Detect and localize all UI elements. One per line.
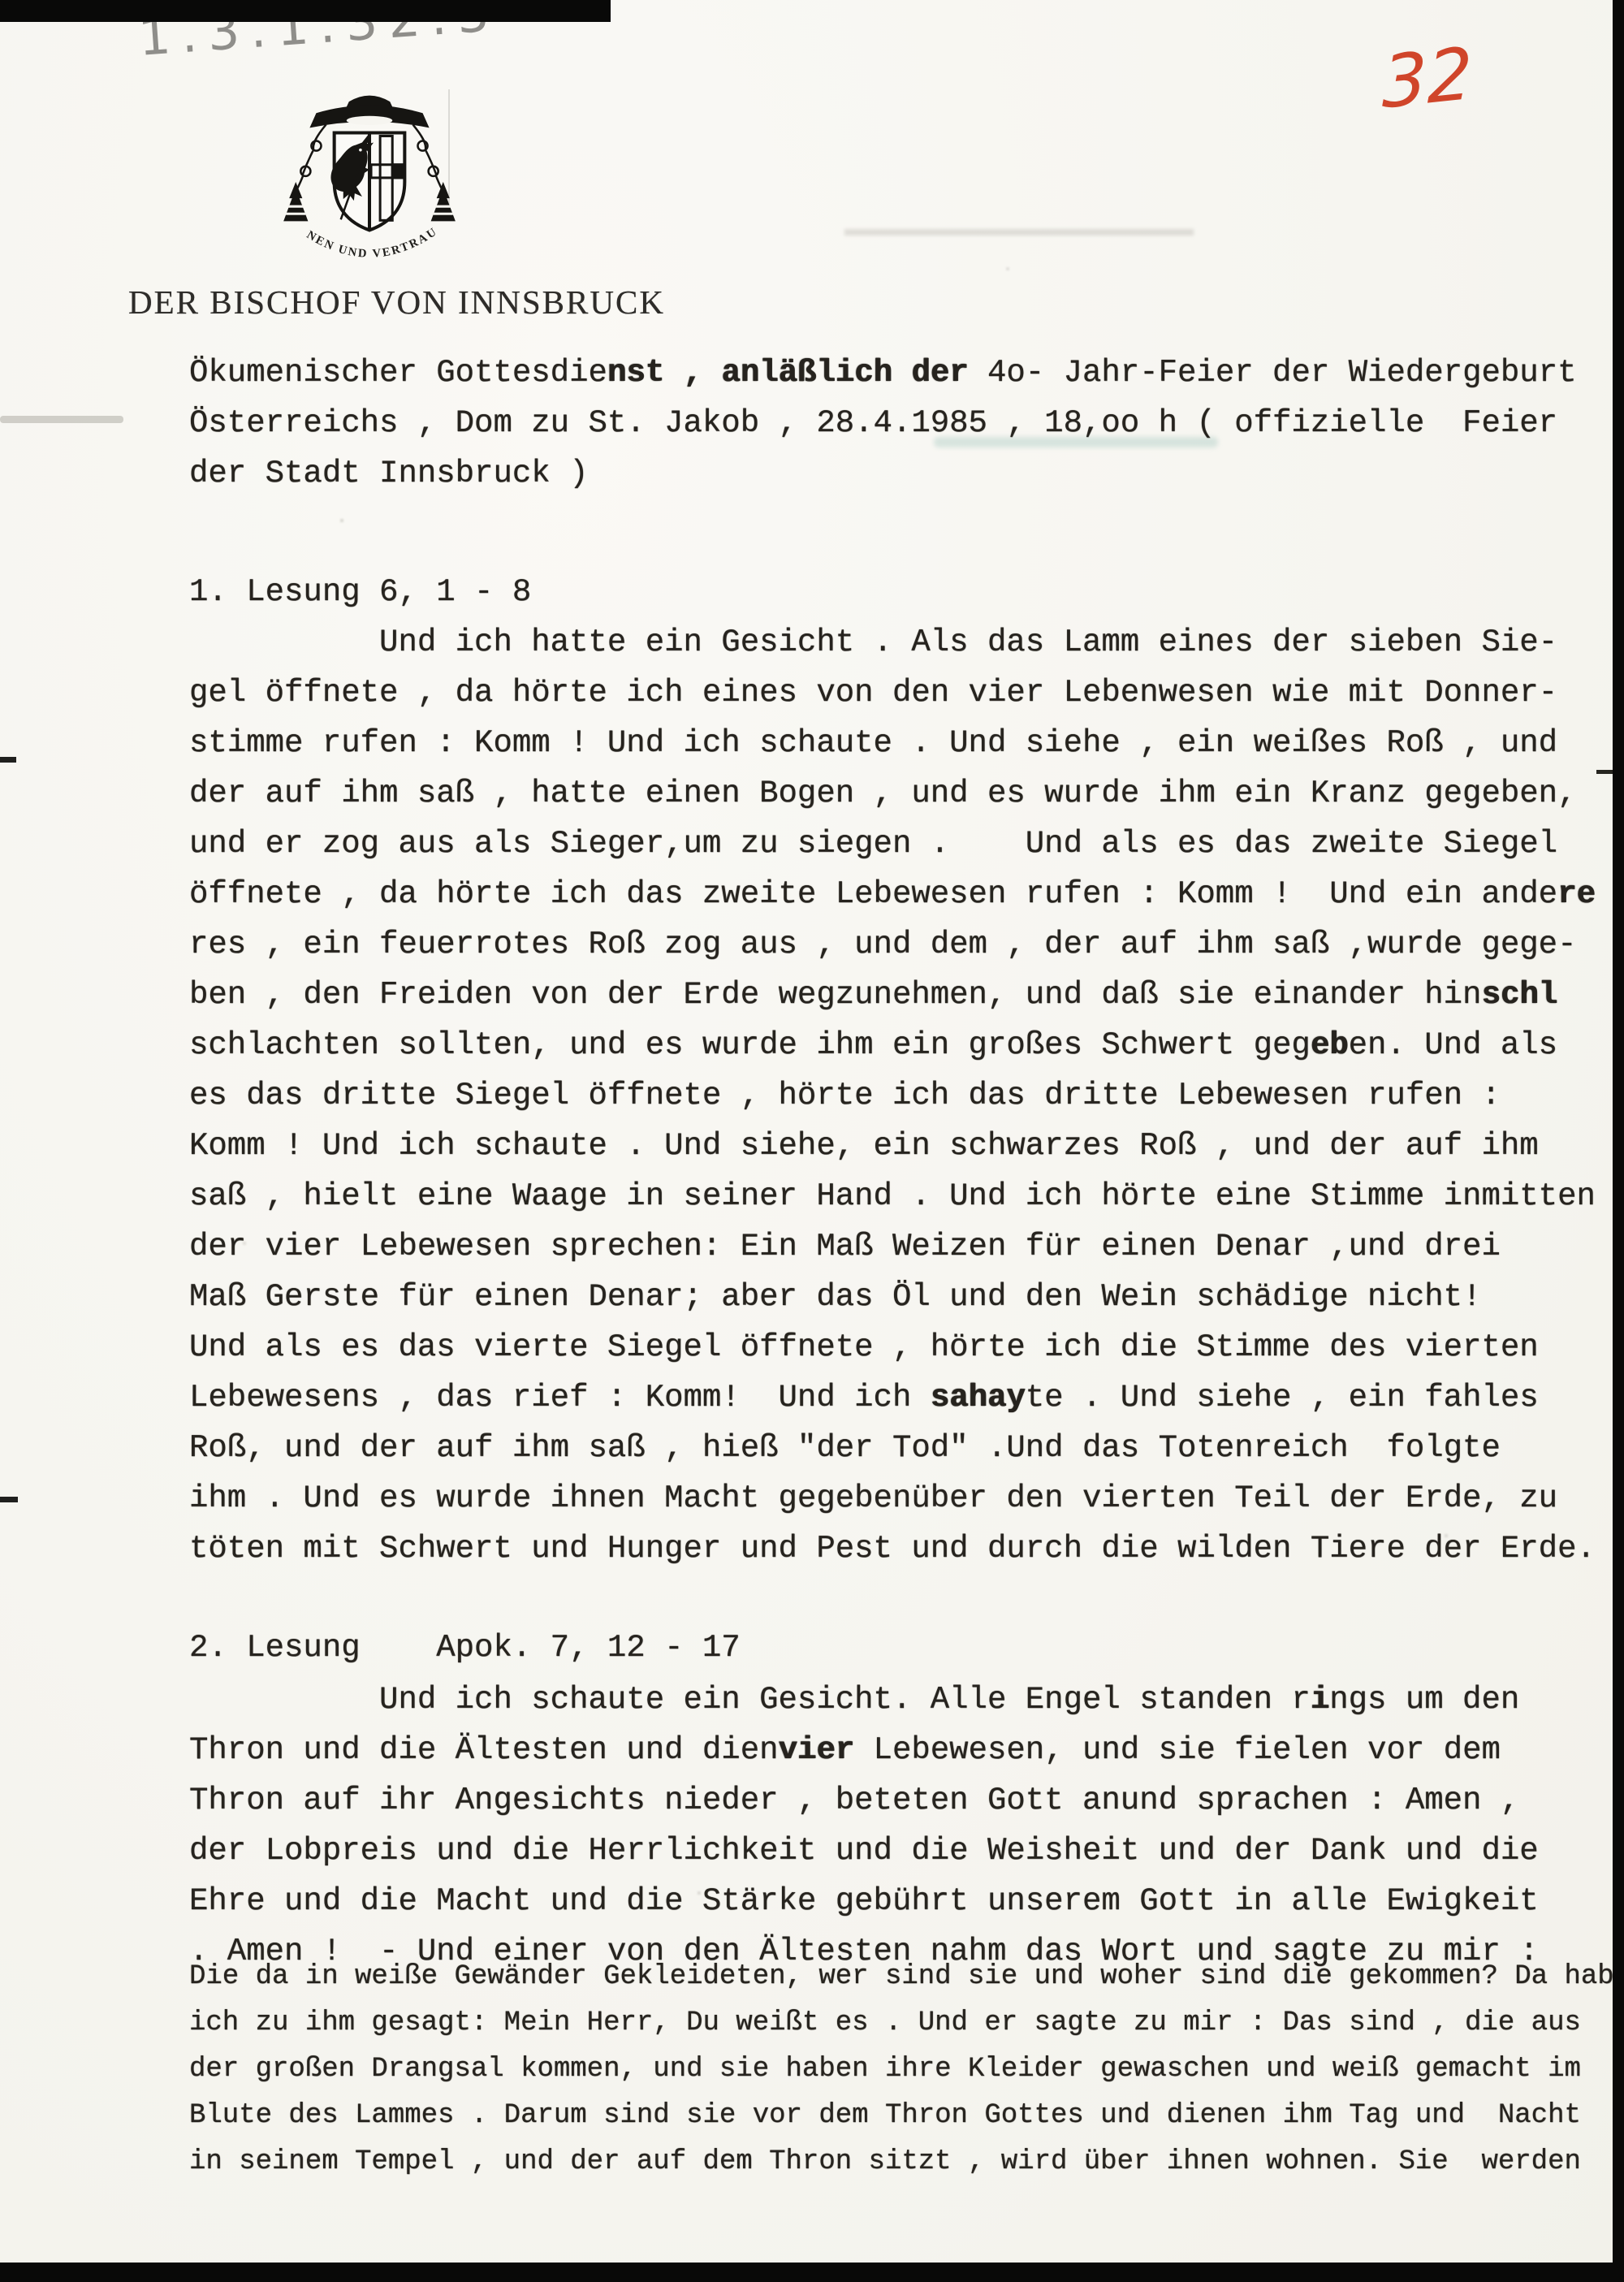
margin-dash [0, 1497, 18, 1502]
galero-hat-icon [309, 96, 429, 128]
red-page-number: 32 [1382, 31, 1472, 124]
typed-line: stimme rufen : Komm ! Und ich schaute . … [189, 718, 1596, 768]
reading2-heading: 2. Lesung Apok. 7, 12 - 17 [189, 1623, 741, 1673]
reading1-heading: 1. Lesung 6, 1 - 8 [189, 567, 531, 617]
document-title-paragraph: Ökumenischer Gottesdienst , anläßlich de… [189, 348, 1577, 499]
bishop-coat-of-arms: DIENEN UND VERTRAUEN [270, 84, 469, 289]
typed-line: Ökumenischer Gottesdienst , anläßlich de… [189, 348, 1577, 398]
typed-line: in seinem Tempel , und der auf dem Thron… [189, 2139, 1624, 2185]
scan-smudge [844, 229, 1194, 236]
typed-line: Komm ! Und ich schaute . Und siehe, ein … [189, 1121, 1596, 1171]
typed-line: Roß, und der auf ihm saß , hieß "der Tod… [189, 1423, 1596, 1473]
reading2-paragraph-condensed: Die da in weiße Gewänder Gekleideten, we… [189, 1954, 1624, 2185]
typed-line: ihm . Und es wurde ihnen Macht gegebenüb… [189, 1473, 1596, 1523]
typed-line: der auf ihm saß , hatte einen Bogen , un… [189, 768, 1596, 819]
scan-border-right [1613, 0, 1624, 2282]
typed-line: der vier Lebewesen sprechen: Ein Maß Wei… [189, 1221, 1596, 1272]
typed-line: töten mit Schwert und Hunger und Pest un… [189, 1523, 1596, 1574]
reading1-paragraph: Und ich hatte ein Gesicht . Als das Lamm… [189, 617, 1596, 1574]
tassel-right-icon [431, 182, 456, 221]
typed-line: saß , hielt eine Waage in seiner Hand . … [189, 1171, 1596, 1221]
tassel-left-icon [283, 182, 308, 221]
typed-line: ben , den Freiden von der Erde wegzunehm… [189, 970, 1596, 1020]
scan-border-bottom [0, 2263, 1624, 2282]
letterhead-title: DER BISCHOF VON INNSBRUCK [128, 283, 665, 322]
typed-line: der Stadt Innsbruck ) [189, 448, 1577, 499]
scan-streak [0, 416, 123, 423]
typed-line: der Lobpreis und die Herrlichkeit und di… [189, 1826, 1539, 1876]
scanned-document-page: 1.3.1.32.3 32 [0, 0, 1624, 2282]
typed-line: Thron auf ihr Angesichts nieder , betete… [189, 1775, 1539, 1826]
typed-line: Thron und die Ältesten und dienvier Lebe… [189, 1725, 1539, 1775]
typed-line: ich zu ihm gesagt: Mein Herr, Du weißt e… [189, 2000, 1624, 2046]
typed-line: Österreichs , Dom zu St. Jakob , 28.4.19… [189, 398, 1577, 448]
typed-line: es das dritte Siegel öffnete , hörte ich… [189, 1070, 1596, 1121]
typed-line: öffnete , da hörte ich das zweite Lebewe… [189, 869, 1596, 919]
galero-cord-left-icon [296, 124, 326, 190]
shield-icon [331, 132, 405, 230]
typed-line: Lebewesens , das rief : Komm! Und ich sa… [189, 1372, 1596, 1423]
typed-line: schlachten sollten, und es wurde ihm ein… [189, 1020, 1596, 1070]
typed-line: Die da in weiße Gewänder Gekleideten, we… [189, 1954, 1624, 2000]
galero-cord-right-icon [412, 124, 442, 190]
typed-line: Blute des Lammes . Darum sind sie vor de… [189, 2093, 1624, 2139]
coat-of-arms-icon: DIENEN UND VERTRAUEN [270, 84, 469, 289]
typed-line: Ehre und die Macht und die Stärke gebühr… [189, 1876, 1539, 1926]
typed-line: res , ein feuerrotes Roß zog aus , und d… [189, 919, 1596, 970]
typed-line: Und als es das vierte Siegel öffnete , h… [189, 1322, 1596, 1372]
stray-ink-mark [1596, 770, 1613, 774]
typed-line: Maß Gerste für einen Denar; aber das Öl … [189, 1272, 1596, 1322]
scan-border-top [0, 0, 611, 22]
typed-line: und er zog aus als Sieger,um zu siegen .… [189, 819, 1596, 869]
reading2-paragraph-normal: Und ich schaute ein Gesicht. Alle Engel … [189, 1675, 1539, 1977]
typed-line: der großen Drangsal kommen, und sie habe… [189, 2046, 1624, 2093]
typed-line: Und ich schaute ein Gesicht. Alle Engel … [189, 1675, 1539, 1725]
typed-line: Und ich hatte ein Gesicht . Als das Lamm… [189, 617, 1596, 668]
margin-dash [0, 757, 16, 763]
typed-line: gel öffnete , da hörte ich eines von den… [189, 668, 1596, 718]
